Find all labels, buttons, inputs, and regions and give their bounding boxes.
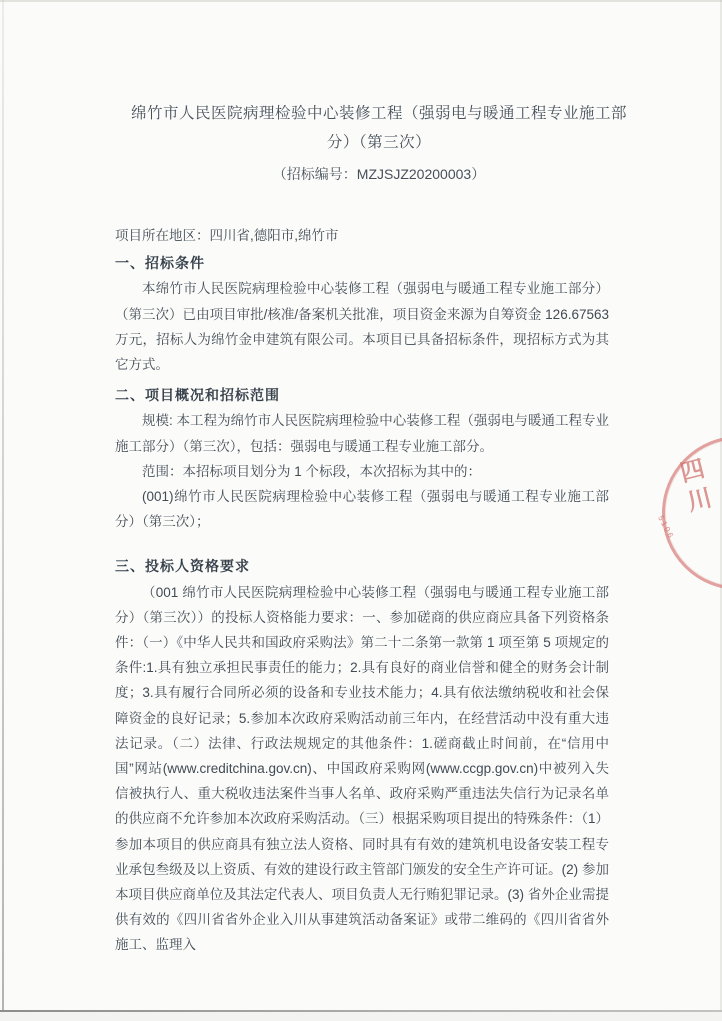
section-heading-bidder-qualifications: 三、投标人资格要求 [115,554,609,579]
section-2-paragraph-scale: 规模: 本工程为绵竹市人民医院病理检验中心装修工程（强弱电与暖通工程专业施工部分… [115,408,609,458]
section-3-paragraph-qualifications: （001 绵竹市人民医院病理检验中心装修工程（强弱电与暖通工程专业施工部分）（第… [115,580,609,958]
document-body: 绵竹市人民医院病理检验中心装修工程（强弱电与暖通工程专业施工部分）（第三次） （… [115,0,609,958]
seal-ring-icon [662,436,722,590]
section-heading-tender-conditions: 一、招标条件 [115,251,609,276]
section-1-paragraph: 本绵竹市人民医院病理检验中心装修工程（强弱电与暖通工程专业施工部分）（第三次）已… [115,276,609,377]
seal-characters: 四川 [669,455,717,522]
project-location-line: 项目所在地区：四川省,德阳市,绵竹市 [115,223,609,248]
section-heading-project-overview: 二、项目概况和招标范围 [115,383,609,408]
scanned-document-page: 绵竹市人民医院病理检验中心装修工程（强弱电与暖通工程专业施工部分）（第三次） （… [0,0,722,1021]
tender-number: （招标编号：MZJSJZ20200003） [115,162,643,186]
page-edge-bottom-strip [0,1012,722,1021]
seal-code-digits: 5106 [656,514,676,541]
section-2-paragraph-lot: (001)绵竹市人民医院病理检验中心装修工程（强弱电与暖通工程专业施工部分）（第… [115,484,609,534]
section-2-paragraph-scope: 范围：本招标项目划分为 1 个标段，本次招标为其中的： [115,459,609,484]
document-title: 绵竹市人民医院病理检验中心装修工程（强弱电与暖通工程专业施工部分）（第三次） [115,99,643,157]
page-edge-left [2,0,4,1013]
